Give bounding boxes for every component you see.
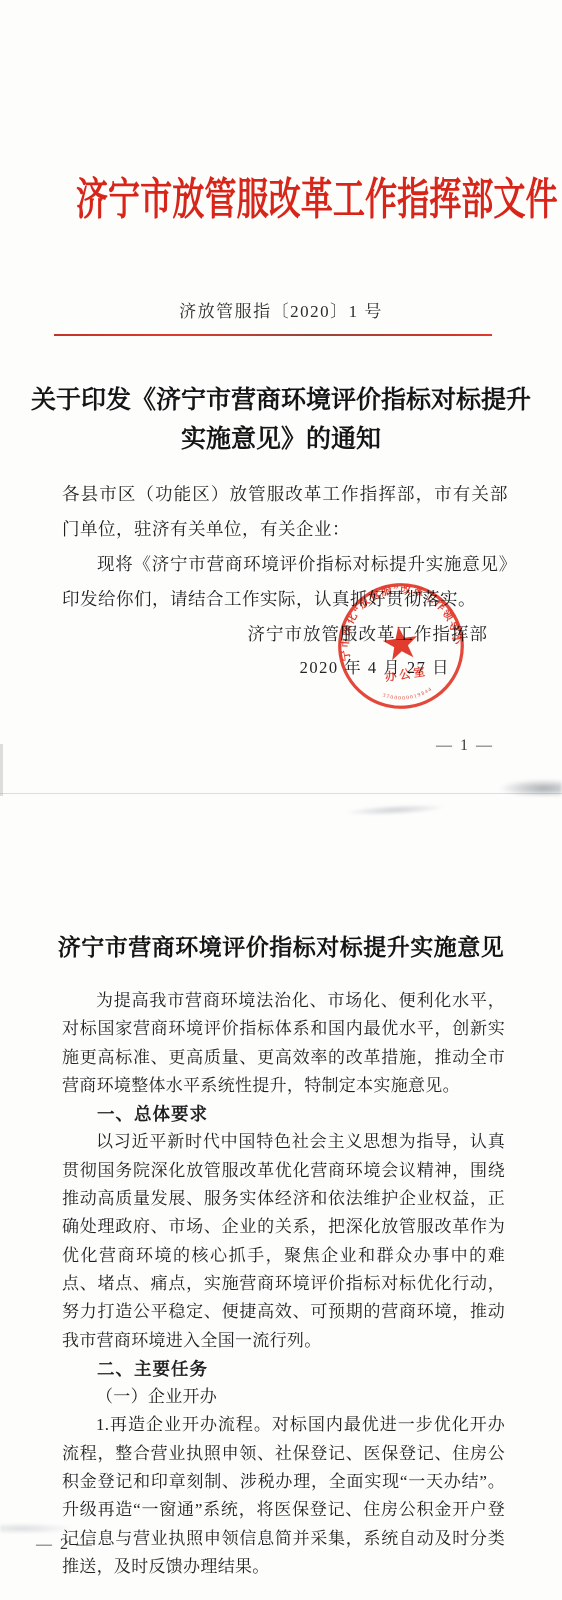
scan-smudge	[498, 779, 562, 796]
notice-title-line1: 关于印发《济宁市营商环境评价指标对标提升	[0, 381, 562, 420]
section-heading-main-tasks: 二、主要任务	[62, 1355, 505, 1383]
overall-requirements-paragraph: 以习近平新时代中国特色社会主义思想为指导，认真贯彻国务院深化放管服改革优化营商环…	[62, 1128, 505, 1354]
scan-smudge	[346, 802, 444, 817]
red-letterhead-title: 济宁市放管服改革工作指挥部文件	[76, 163, 486, 227]
red-divider-line	[54, 334, 492, 336]
page2-body: 为提高我市营商环境法治化、市场化、便利化水平，对标国家营商环境评价指标体系和国内…	[62, 987, 505, 1581]
intro-paragraph: 为提高我市营商环境法治化、市场化、便利化水平，对标国家营商环境评价指标体系和国内…	[62, 987, 505, 1100]
task1-paragraph: 1.再造企业开办流程。对标国内最优进一步优化开办流程，整合营业执照申领、社保登记…	[62, 1411, 505, 1581]
page-break-line	[0, 793, 562, 794]
official-red-seal: 济宁市深化“放管服”改革工作领导小组 办 公 室 3700000019844	[325, 570, 476, 721]
page2-number: — 2 —	[36, 1536, 94, 1554]
scan-smudge	[0, 1523, 72, 1534]
section-heading-overall-requirements: 一、总体要求	[62, 1100, 505, 1128]
implementation-opinion-title: 济宁市营商环境评价指标对标提升实施意见	[0, 929, 562, 962]
scan-edge-artifact	[0, 744, 3, 796]
subsection-heading-enterprise-startup: （一）企业开办	[62, 1383, 505, 1411]
scanned-document: 济宁市放管服改革工作指挥部文件 济放管服指〔2020〕1 号 关于印发《济宁市营…	[0, 0, 562, 1600]
page1-number: — 1 —	[436, 737, 494, 755]
seal-star-icon	[381, 624, 420, 661]
salutation: 各县市区（功能区）放管服改革工作指挥部，市有关部门单位，驻济有关单位，有关企业：	[62, 477, 508, 547]
seal-office-text: 办 公 室	[384, 664, 426, 684]
document-number: 济放管服指〔2020〕1 号	[0, 297, 562, 322]
notice-title-line2: 实施意见》的通知	[0, 420, 562, 459]
notice-title: 关于印发《济宁市营商环境评价指标对标提升 实施意见》的通知	[0, 381, 562, 459]
